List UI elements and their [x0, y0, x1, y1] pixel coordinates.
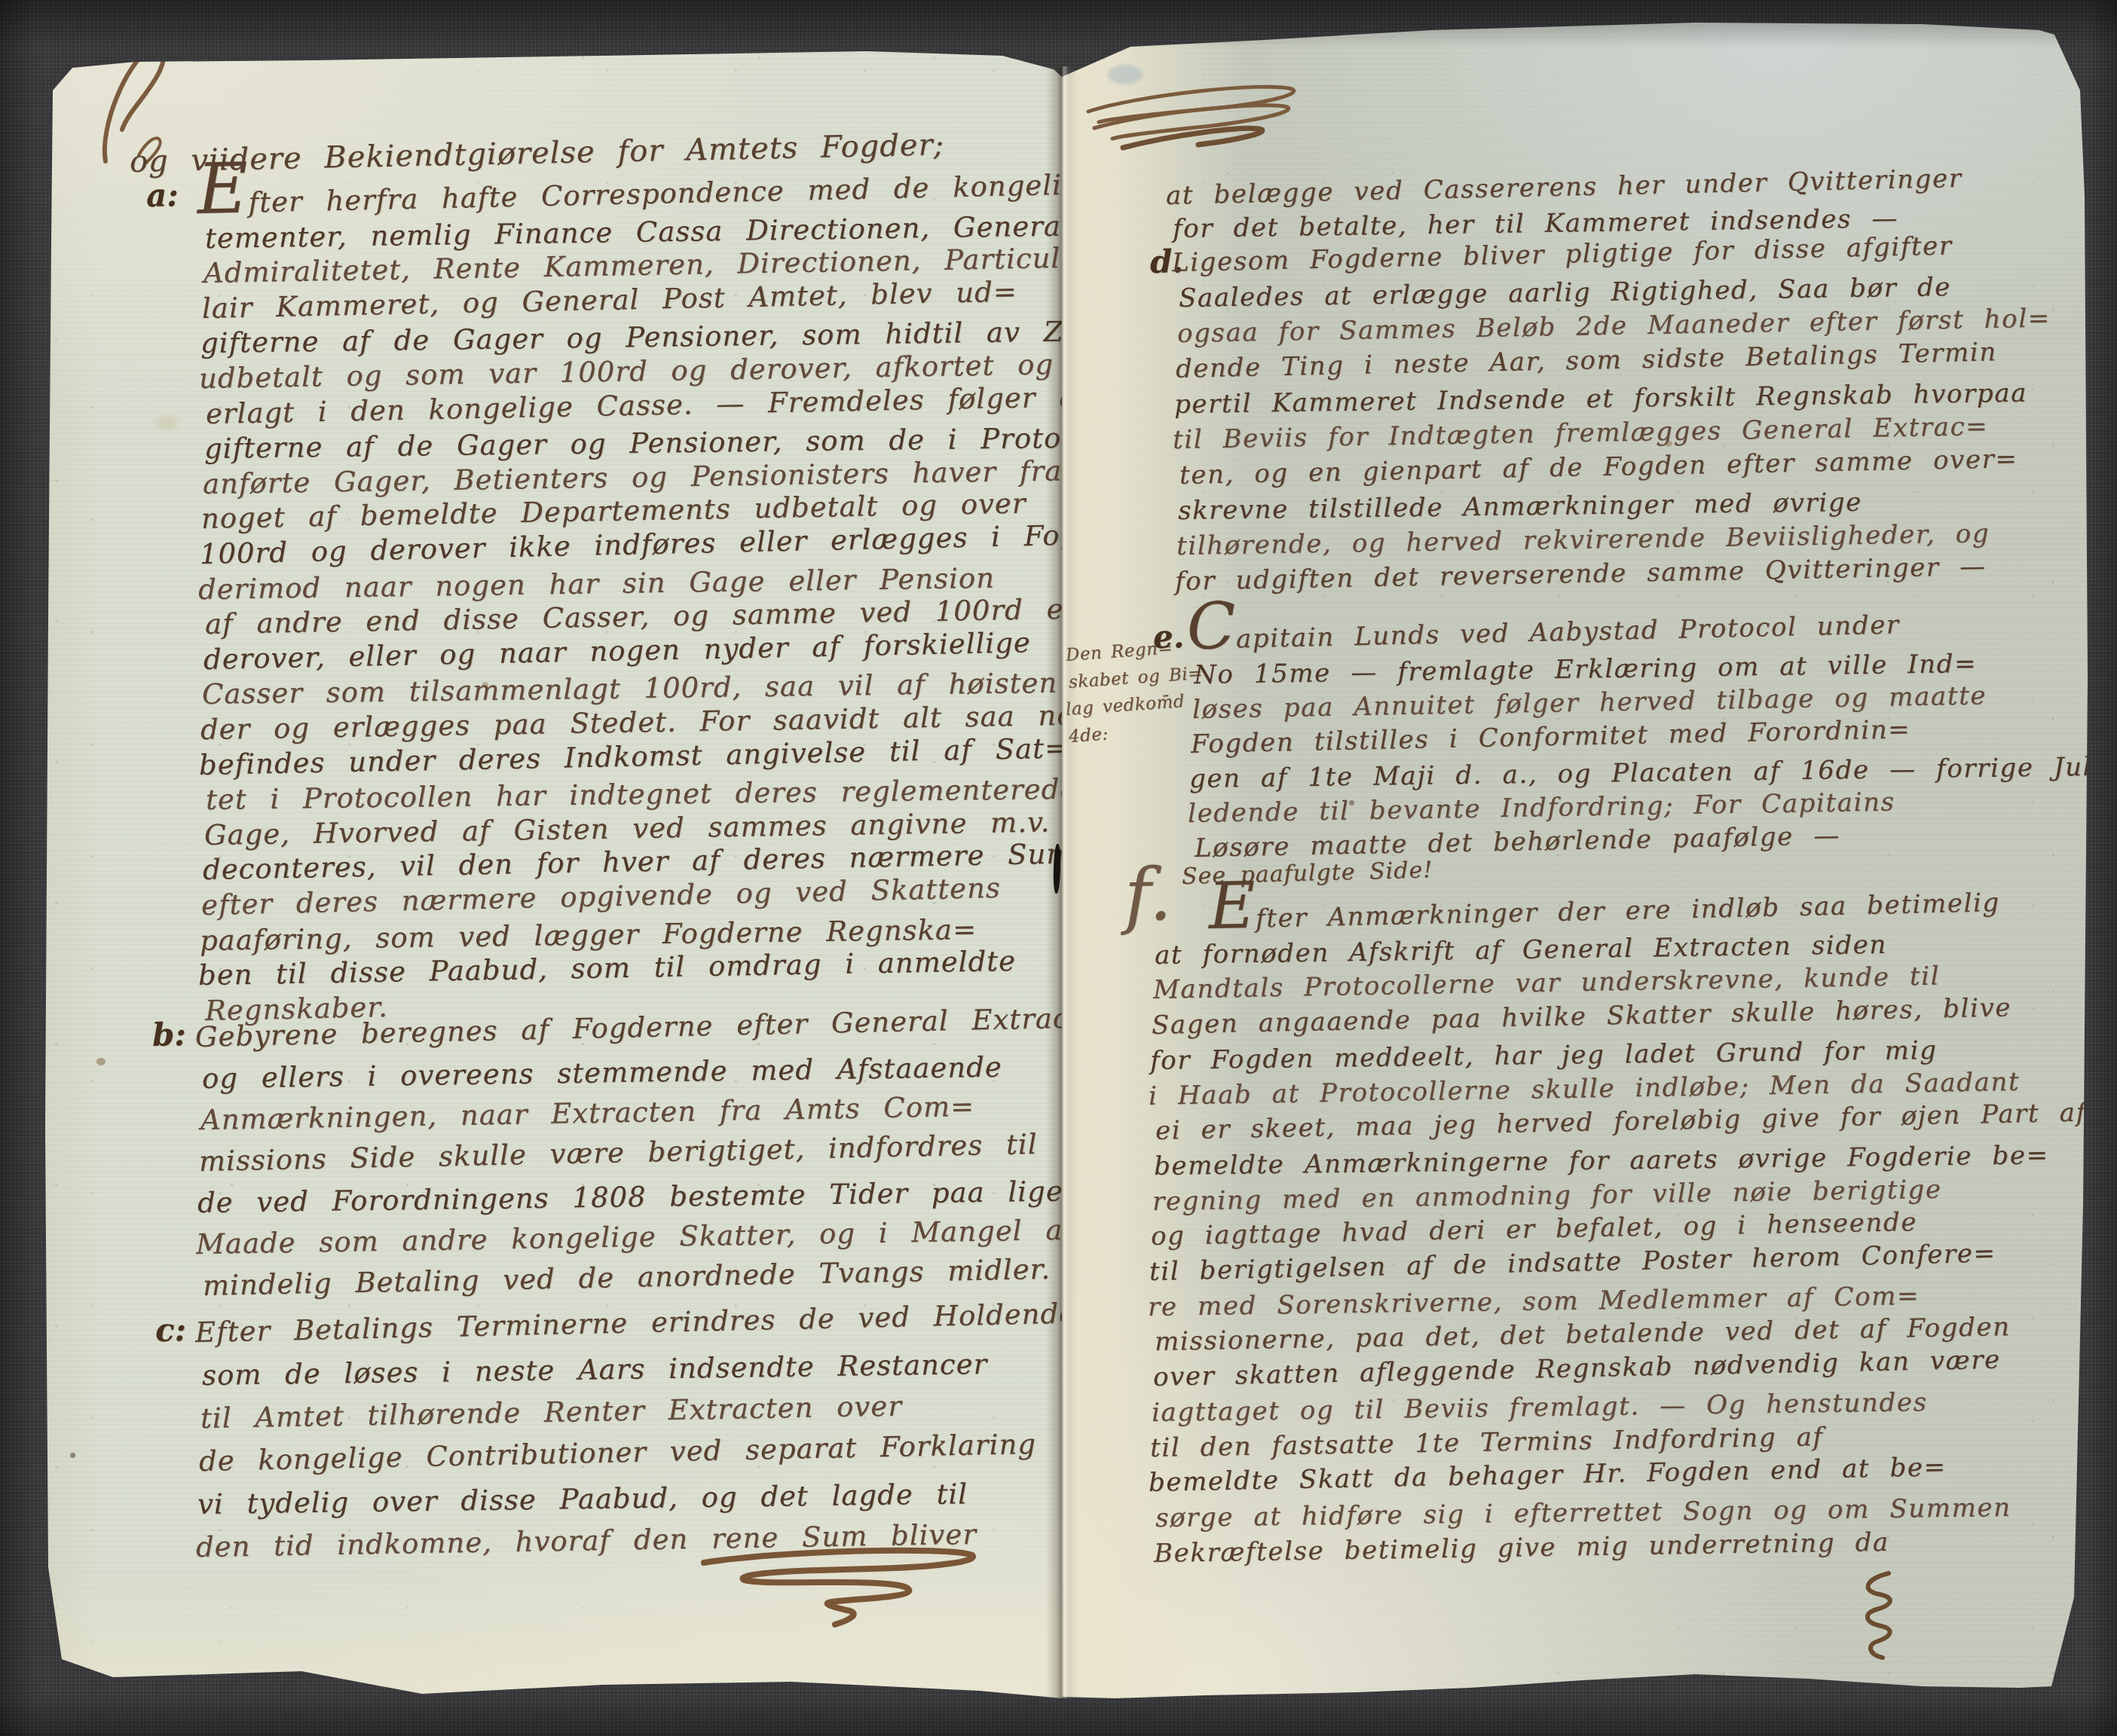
handwritten-line: de kongelige Contributioner ved separat … [199, 1430, 1037, 1477]
handwritten-line: vi tydelig over disse Paabud, og det lag… [197, 1480, 968, 1520]
paper-stain [482, 682, 488, 688]
paper-stain [1666, 441, 1672, 447]
pen-squiggle-icon [1845, 1569, 1914, 1664]
handwritten-line: Efter Anmærkninger der ere indløb saa be… [1209, 890, 2001, 934]
handwritten-line: for Fogden meddeelt, har jeg ladet Grund… [1150, 1038, 1938, 1075]
ink-dot [1349, 800, 1354, 805]
margin-note-line: skabet og Bi= [1068, 665, 1204, 692]
paper-stain [96, 1058, 106, 1065]
handwritten-line: missions Side skulle være berigtiget, in… [199, 1130, 1038, 1177]
paper-stain [1108, 65, 1143, 84]
handwritten-line: mindelig Betaling ved de anordnede Tvang… [203, 1255, 1051, 1301]
handwritten-line: og ellers i overeens stemmende med Afsta… [202, 1053, 1002, 1094]
handwritten-line: Maade som andre kongelige Skatter, og i … [196, 1216, 1075, 1260]
handwritten-line: at belægge ved Cassererens her under Qvi… [1166, 166, 1963, 210]
handwritten-line: som de løses i neste Aars indsendte Rest… [202, 1350, 988, 1391]
item-label: c: [155, 1313, 187, 1347]
handwritten-line: Capitain Lunds ved Aabystad Protocol und… [1187, 612, 1901, 654]
handwritten-line: Anmærkningen, naar Extracten fra Amts Co… [200, 1093, 975, 1135]
handwritten-line: iagttaget og til Beviis fremlagt. — Og h… [1152, 1389, 1928, 1427]
handwritten-line: Bekræftelse betimelig give mig underretn… [1154, 1530, 1889, 1568]
handwritten-line: Løsøre maatte det behørlende paafølge — [1195, 823, 1841, 863]
handwritten-line: for udgiften det reverserende samme Qvit… [1175, 554, 1987, 596]
item-label: b: [152, 1018, 187, 1052]
center-fold-crease [1046, 66, 1078, 1698]
archive-scan: og viidere Bekiendtgiørelse for Amtets F… [0, 0, 2117, 1736]
paper-stain [157, 416, 178, 429]
handwritten-line: de ved Forordningens 1808 bestemte Tider… [197, 1178, 1063, 1218]
margin-note-line: lag vedkom̄d [1065, 692, 1185, 719]
page-heading: og viidere Bekiendtgiørelse for Amtets F… [130, 129, 945, 178]
handwritten-line: Efter Betalings Terminerne erindres de v… [195, 1299, 1077, 1347]
item-label: e. [1153, 620, 1185, 654]
paper-stain [70, 1453, 75, 1458]
handwritten-line: skrevne tilstillede Anmærkninger med øvr… [1178, 490, 1862, 525]
item-label: a: [146, 179, 179, 212]
pen-swirl-icon [695, 1543, 989, 1627]
handwritten-line: gen af 1te Maji d. a., og Placaten af 16… [1189, 754, 2102, 793]
handwritten-line: til Amtet tilhørende Renter Extracten ov… [200, 1392, 903, 1434]
item-label: f. [1124, 866, 1172, 925]
pen-scribble-icon [1078, 75, 1304, 154]
